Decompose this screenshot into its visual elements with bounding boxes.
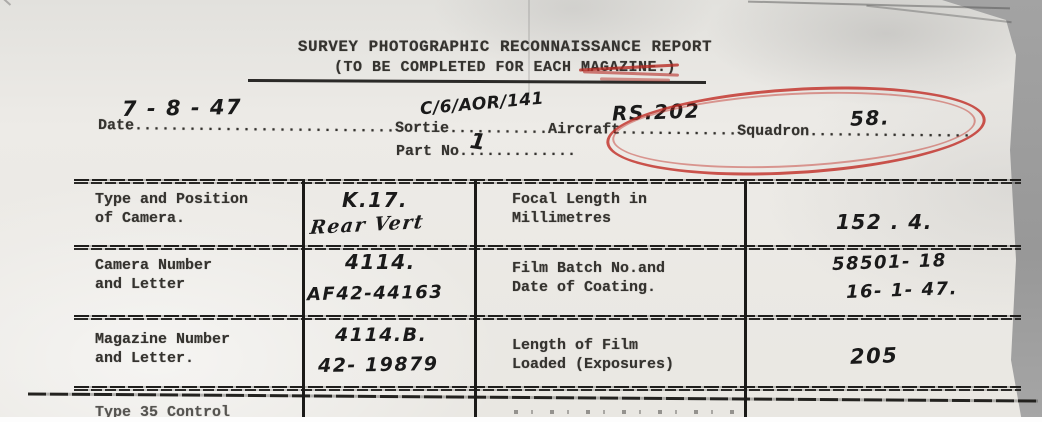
illegible-text-fragment — [514, 410, 746, 414]
cell-label-magazine-number: Magazine Number and Letter. — [95, 330, 230, 368]
handwritten-coating-date: 16- 1- 47. — [846, 278, 959, 303]
scan-edge — [0, 417, 1042, 422]
table-vertical-rule — [474, 181, 477, 422]
handwritten-film-batch-no: 58501- 18 — [832, 250, 948, 275]
handwritten-magazine-letter: 42- 19879 — [318, 353, 439, 377]
cell-label-focal-length: Focal Length in Millimetres — [512, 190, 647, 228]
handwritten-date-value: 7 - 8 - 47 — [122, 95, 243, 121]
table-horizontal-rule — [74, 179, 1021, 184]
handwritten-camera-letter: AF42-44163 — [307, 282, 444, 305]
cell-label-camera-type-position: Type and Position of Camera. — [95, 190, 248, 228]
report-subtitle: (TO BE COMPLETED FOR EACH MAGAZINE.) — [230, 59, 780, 76]
handwritten-camera-number: 4114. — [345, 250, 416, 274]
cell-label-film-length: Length of Film Loaded (Exposures) — [512, 336, 674, 374]
handwritten-magazine-number: 4114.B. — [335, 324, 427, 346]
table-vertical-rule — [744, 181, 747, 422]
leader-dots: ............................. — [134, 117, 395, 136]
handwritten-focal-length: 152 . 4. — [836, 210, 933, 234]
table-horizontal-rule — [74, 315, 1021, 320]
handwritten-film-length: 205 — [850, 343, 899, 369]
report-title: SURVEY PHOTOGRAPHIC RECONNAISSANCE REPOR… — [230, 38, 780, 56]
table-horizontal-rule — [74, 386, 1021, 391]
cell-label-film-batch: Film Batch No.and Date of Coating. — [512, 259, 665, 297]
cell-label-camera-number: Camera Number and Letter — [95, 256, 212, 294]
leader-dots: ........... — [449, 120, 548, 138]
sortie-label: Sortie — [395, 120, 449, 137]
handwritten-part-no-value: 1 — [468, 129, 488, 156]
part-no-label: Part No — [396, 143, 459, 160]
table-horizontal-rule — [74, 245, 1021, 250]
scanned-document: SURVEY PHOTOGRAPHIC RECONNAISSANCE REPOR… — [0, 0, 1042, 422]
table-vertical-rule — [302, 181, 305, 422]
handwritten-camera-type: K.17. — [342, 188, 408, 212]
